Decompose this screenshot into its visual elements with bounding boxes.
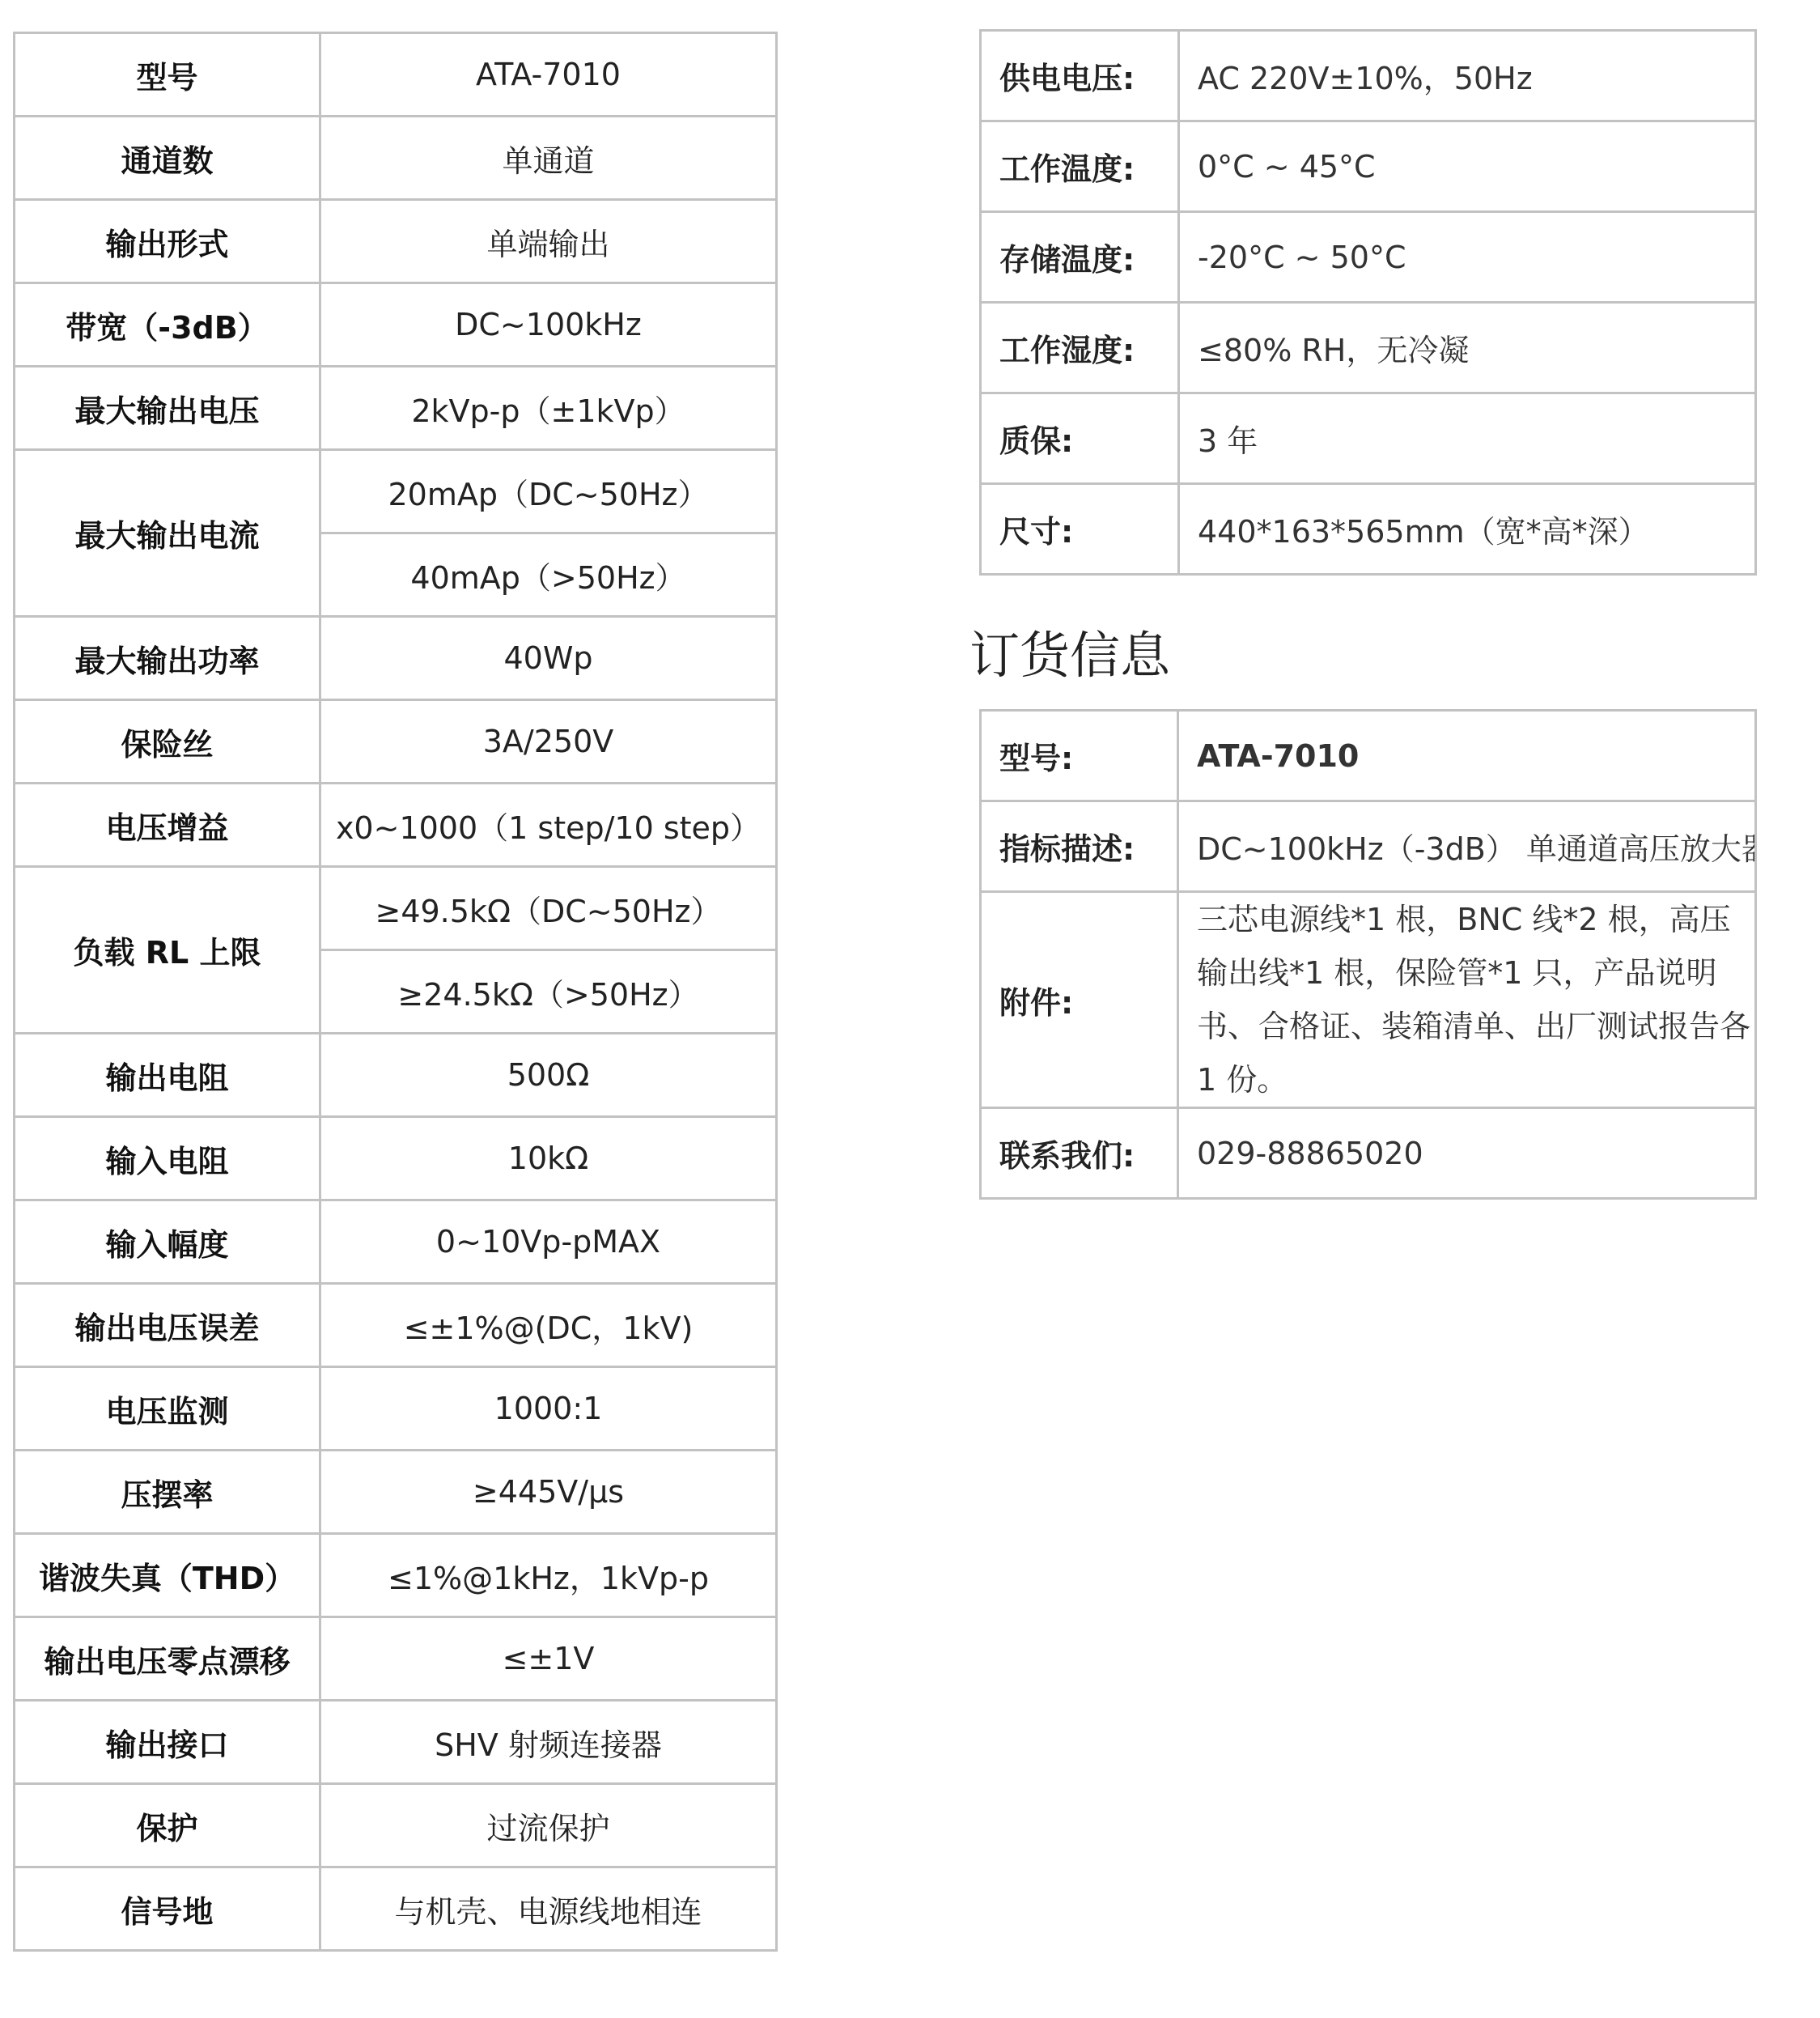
table-row: 存储温度: -20°C ~ 50°C bbox=[981, 212, 1756, 303]
spec-value: ≤1%@1kHz，1kVp-p bbox=[320, 1534, 777, 1617]
spec-value: DC~100kHz bbox=[320, 283, 777, 367]
spec-label: 最大输出电压 bbox=[15, 367, 320, 450]
spec-label: 输入幅度 bbox=[15, 1200, 320, 1284]
spec-label: 最大输出电流 bbox=[15, 450, 320, 617]
env-label: 工作温度: bbox=[981, 121, 1179, 212]
spec-value: ≤±1%@(DC，1kV) bbox=[320, 1284, 777, 1367]
env-value: 440*163*565mm（宽*高*深） bbox=[1179, 484, 1756, 575]
table-row: 通道数 单通道 bbox=[15, 117, 777, 200]
table-row: 信号地 与机壳、电源线地相连 bbox=[15, 1867, 777, 1951]
spec-value: 2kVp-p（±1kVp） bbox=[320, 367, 777, 450]
spec-value: 500Ω bbox=[320, 1034, 777, 1117]
order-info-heading: 订货信息 bbox=[969, 615, 1170, 687]
table-row: 电压监测 1000:1 bbox=[15, 1367, 777, 1451]
table-row: 输出形式 单端输出 bbox=[15, 200, 777, 283]
table-row: 输出电压零点漂移 ≤±1V bbox=[15, 1617, 777, 1701]
spec-value: 3A/250V bbox=[320, 700, 777, 784]
order-value-contact-phone: 029-88865020 bbox=[1178, 1108, 1756, 1199]
table-row: 联系我们: 029-88865020 bbox=[981, 1108, 1756, 1199]
spec-label: 压摆率 bbox=[15, 1451, 320, 1534]
env-label: 质保: bbox=[981, 393, 1179, 484]
order-value-accessories: 三芯电源线*1 根，BNC 线*2 根，高压输出线*1 根，保险管*1 只，产品… bbox=[1178, 892, 1756, 1108]
table-row: 质保: 3 年 bbox=[981, 393, 1756, 484]
order-label: 型号: bbox=[981, 711, 1178, 801]
table-row: 最大输出功率 40Wp bbox=[15, 617, 777, 700]
order-label: 指标描述: bbox=[981, 801, 1178, 892]
spec-value: SHV 射频连接器 bbox=[320, 1701, 777, 1784]
spec-label: 输出形式 bbox=[15, 200, 320, 283]
table-row: 谐波失真（THD） ≤1%@1kHz，1kVp-p bbox=[15, 1534, 777, 1617]
environment-table: 供电电压: AC 220V±10%，50Hz 工作温度: 0°C ~ 45°C … bbox=[979, 29, 1757, 576]
table-row: 负载 RL 上限 ≥49.5kΩ（DC~50Hz） bbox=[15, 867, 777, 950]
spec-value: 单端输出 bbox=[320, 200, 777, 283]
spec-label: 电压监测 bbox=[15, 1367, 320, 1451]
spec-label: 保险丝 bbox=[15, 700, 320, 784]
spec-value: 40Wp bbox=[320, 617, 777, 700]
table-row: 输出电压误差 ≤±1%@(DC，1kV) bbox=[15, 1284, 777, 1367]
spec-label: 通道数 bbox=[15, 117, 320, 200]
spec-value: ≥24.5kΩ（>50Hz） bbox=[320, 950, 777, 1034]
spec-value: 10kΩ bbox=[320, 1117, 777, 1200]
spec-value: ≥445V/μs bbox=[320, 1451, 777, 1534]
order-label: 附件: bbox=[981, 892, 1178, 1108]
spec-value: 单通道 bbox=[320, 117, 777, 200]
spec-label: 输出电压误差 bbox=[15, 1284, 320, 1367]
table-row: 保险丝 3A/250V bbox=[15, 700, 777, 784]
spec-label: 输出电压零点漂移 bbox=[15, 1617, 320, 1701]
order-value-description: DC~100kHz（-3dB） 单通道高压放大器 bbox=[1178, 801, 1756, 892]
table-row: 供电电压: AC 220V±10%，50Hz bbox=[981, 31, 1756, 121]
spec-value: 1000:1 bbox=[320, 1367, 777, 1451]
spec-label: 输入电阻 bbox=[15, 1117, 320, 1200]
spec-table: 型号 ATA-7010 通道数 单通道 输出形式 单端输出 带宽（-3dB） D… bbox=[13, 32, 778, 1952]
table-row: 型号 ATA-7010 bbox=[15, 33, 777, 117]
order-label: 联系我们: bbox=[981, 1108, 1178, 1199]
spec-value: 20mAp（DC~50Hz） bbox=[320, 450, 777, 533]
spec-label: 保护 bbox=[15, 1784, 320, 1867]
table-row: 工作湿度: ≤80% RH，无冷凝 bbox=[981, 303, 1756, 393]
table-row: 尺寸: 440*163*565mm（宽*高*深） bbox=[981, 484, 1756, 575]
spec-label: 型号 bbox=[15, 33, 320, 117]
table-row: 附件: 三芯电源线*1 根，BNC 线*2 根，高压输出线*1 根，保险管*1 … bbox=[981, 892, 1756, 1108]
table-row: 带宽（-3dB） DC~100kHz bbox=[15, 283, 777, 367]
env-value: ≤80% RH，无冷凝 bbox=[1179, 303, 1756, 393]
table-row: 最大输出电压 2kVp-p（±1kVp） bbox=[15, 367, 777, 450]
table-row: 指标描述: DC~100kHz（-3dB） 单通道高压放大器 bbox=[981, 801, 1756, 892]
spec-label: 电压增益 bbox=[15, 784, 320, 867]
env-value: 0°C ~ 45°C bbox=[1179, 121, 1756, 212]
spec-value: 过流保护 bbox=[320, 1784, 777, 1867]
table-row: 输入电阻 10kΩ bbox=[15, 1117, 777, 1200]
spec-label: 信号地 bbox=[15, 1867, 320, 1951]
table-row: 工作温度: 0°C ~ 45°C bbox=[981, 121, 1756, 212]
spec-label: 负载 RL 上限 bbox=[15, 867, 320, 1034]
env-label: 工作湿度: bbox=[981, 303, 1179, 393]
env-label: 尺寸: bbox=[981, 484, 1179, 575]
spec-label: 输出接口 bbox=[15, 1701, 320, 1784]
spec-label: 最大输出功率 bbox=[15, 617, 320, 700]
table-row: 输入幅度 0~10Vp-pMAX bbox=[15, 1200, 777, 1284]
spec-value: ≥49.5kΩ（DC~50Hz） bbox=[320, 867, 777, 950]
spec-value: x0~1000（1 step/10 step） bbox=[320, 784, 777, 867]
table-row: 型号: ATA-7010 bbox=[981, 711, 1756, 801]
env-label: 供电电压: bbox=[981, 31, 1179, 121]
order-info-table: 型号: ATA-7010 指标描述: DC~100kHz（-3dB） 单通道高压… bbox=[979, 709, 1757, 1200]
env-label: 存储温度: bbox=[981, 212, 1179, 303]
table-row: 输出接口 SHV 射频连接器 bbox=[15, 1701, 777, 1784]
spec-value: ≤±1V bbox=[320, 1617, 777, 1701]
table-row: 压摆率 ≥445V/μs bbox=[15, 1451, 777, 1534]
table-row: 保护 过流保护 bbox=[15, 1784, 777, 1867]
env-value: 3 年 bbox=[1179, 393, 1756, 484]
order-value-model: ATA-7010 bbox=[1178, 711, 1756, 801]
spec-value: 40mAp（>50Hz） bbox=[320, 533, 777, 617]
spec-value: ATA-7010 bbox=[320, 33, 777, 117]
spec-label: 带宽（-3dB） bbox=[15, 283, 320, 367]
spec-value: 与机壳、电源线地相连 bbox=[320, 1867, 777, 1951]
table-row: 最大输出电流 20mAp（DC~50Hz） bbox=[15, 450, 777, 533]
spec-label: 输出电阻 bbox=[15, 1034, 320, 1117]
env-value: AC 220V±10%，50Hz bbox=[1179, 31, 1756, 121]
spec-label: 谐波失真（THD） bbox=[15, 1534, 320, 1617]
table-row: 电压增益 x0~1000（1 step/10 step） bbox=[15, 784, 777, 867]
env-value: -20°C ~ 50°C bbox=[1179, 212, 1756, 303]
table-row: 输出电阻 500Ω bbox=[15, 1034, 777, 1117]
spec-value: 0~10Vp-pMAX bbox=[320, 1200, 777, 1284]
